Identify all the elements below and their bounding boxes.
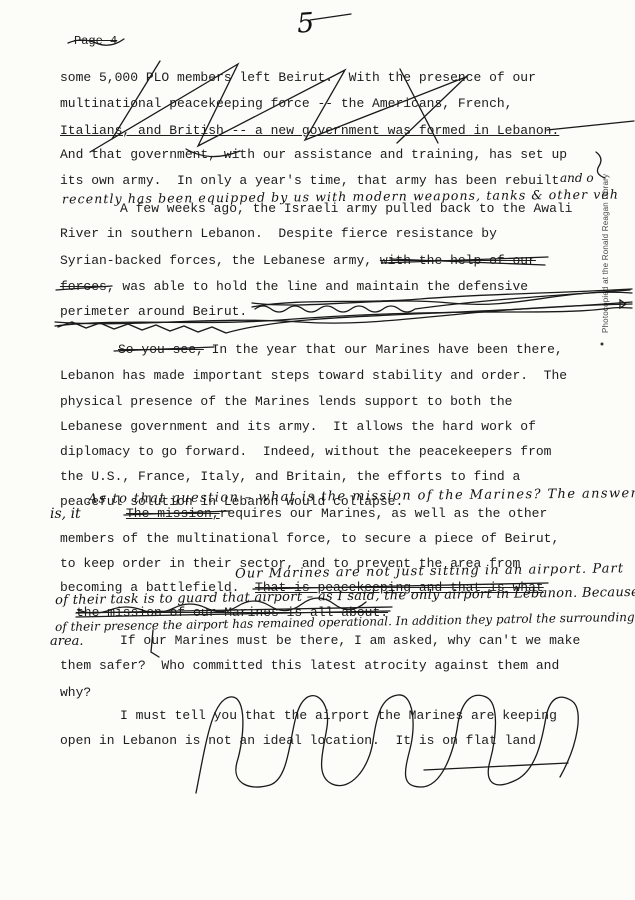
typed-line: members of the multinational force, to s… (60, 531, 559, 546)
typed-line: Lebanon has made important steps toward … (60, 368, 567, 383)
typed-segment: , was able to hold the line and maintain… (107, 279, 528, 294)
struck-typed-segment: The mission, (126, 506, 220, 521)
typed-line: open in Lebanon is not an ideal location… (60, 733, 536, 748)
struck-typed-segment: forces (60, 279, 107, 294)
typed-line: forces, was able to hold the line and ma… (60, 279, 528, 294)
ink-mark (620, 300, 626, 308)
typed-line: Lebanese government and its army. It all… (60, 419, 536, 434)
handwritten-insert-question: As to that question – what is the missio… (88, 486, 635, 507)
handwritten-insert-rebuilt: and o (560, 171, 594, 185)
typed-line: some 5,000 PLO members left Beirut. With… (60, 70, 536, 85)
typed-line: physical presence of the Marines lends s… (60, 394, 512, 409)
typed-line: perimeter around Beirut. (60, 304, 247, 319)
typed-line: multinational peacekeeping force -- the … (60, 96, 512, 111)
archive-stamp: Photocopied at the Ronald Reagan Library (601, 161, 610, 333)
typed-segment: In the year that our Marines have been t… (204, 342, 563, 357)
page-number-stroke (310, 14, 351, 20)
handwritten-page-number: 5 (296, 7, 315, 39)
scribble-deletion (252, 292, 632, 305)
typed-line: diplomacy to go forward. Indeed, without… (60, 444, 551, 459)
margin-extension-line (547, 121, 634, 130)
scanned-draft-page: Page 4 5 some 5,000 PLO members left Bei… (0, 0, 635, 900)
typed-segment: Syrian-backed forces, the Lebanese army, (60, 253, 380, 268)
typed-line: And that government, with our assistance… (60, 147, 567, 162)
typed-line: If our Marines must be there, I am asked… (120, 633, 580, 648)
typed-line: So you see, In the year that our Marines… (118, 342, 563, 357)
typed-line: I must tell you that the airport the Mar… (120, 708, 557, 723)
typed-segment: requires our Marines, as well as the oth… (220, 506, 548, 521)
handwritten-insert-area: area. (50, 634, 84, 649)
deletion-stroke (424, 763, 568, 770)
struck-typed-segment: So you see, (118, 342, 204, 357)
struck-page-label: Page 4 (74, 34, 117, 48)
typed-line: Syrian-backed forces, the Lebanese army,… (60, 253, 536, 268)
typed-line: why? (60, 685, 91, 700)
typed-line: The mission,requires our Marines, as wel… (126, 506, 547, 521)
handwritten-insert-is-it: is, it (50, 506, 81, 522)
typed-line: the U.S., France, Italy, and Britain, th… (60, 469, 520, 484)
typed-line: A few weeks ago, the Israeli army pulled… (120, 201, 572, 216)
typed-line-underlined: Italians, and British -- a new governmen… (60, 123, 559, 138)
ink-dot (601, 343, 604, 346)
typed-line: River in southern Lebanon. Despite fierc… (60, 226, 497, 241)
typed-line: them safer? Who committed this latest at… (60, 658, 559, 673)
typed-line: its own army. In only a year's time, tha… (60, 173, 559, 188)
struck-typed-segment: with the help of our (380, 253, 536, 268)
